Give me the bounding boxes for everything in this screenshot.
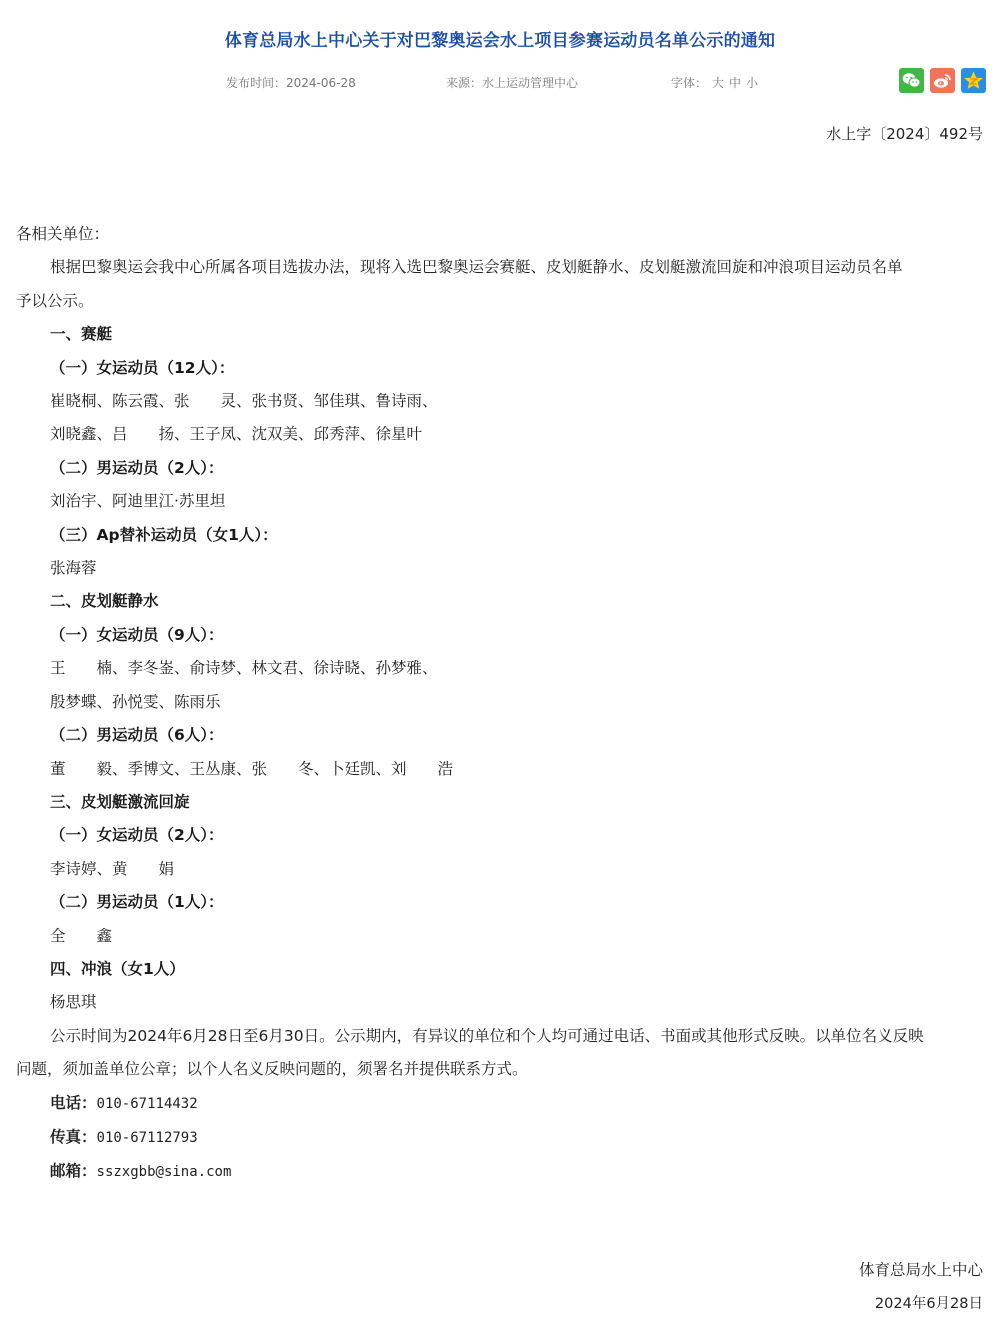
section-heading-surfing: 四、冲浪（女1人） (16, 953, 984, 986)
group-heading: （一）女运动员（12人）： (16, 352, 984, 385)
notice-paragraph: 公示时间为2024年6月28日至6月30日。公示期内，有异议的单位和个人均可通过… (16, 1020, 984, 1053)
publish-label: 发布时间： (226, 76, 286, 90)
source-label: 来源： (446, 76, 482, 90)
group-heading: （二）男运动员（1人）： (16, 886, 984, 919)
share-bar (899, 68, 986, 93)
weibo-icon[interactable] (930, 68, 955, 93)
document-number: 水上字〔2024〕492号 (826, 123, 983, 144)
source: 来源：水上运动管理中心 (446, 74, 578, 91)
contact-label: 传真： (50, 1128, 97, 1146)
font-size-label: 字体： (671, 76, 707, 90)
font-size-small[interactable]: 小 (746, 76, 758, 90)
group-heading: （二）男运动员（6人）： (16, 719, 984, 752)
intro-paragraph-cont: 予以公示。 (16, 285, 984, 318)
contact-label: 邮箱： (50, 1162, 97, 1180)
salutation: 各相关单位： (16, 218, 984, 251)
athlete-list: 刘治宇、阿迪里江·苏里坦 (16, 485, 984, 518)
source-value: 水上运动管理中心 (482, 76, 578, 90)
group-heading: （三）Ap替补运动员（女1人）： (16, 519, 984, 552)
intro-paragraph: 根据巴黎奥运会我中心所属各项目选拔办法，现将入选巴黎奥运会赛艇、皮划艇静水、皮划… (16, 251, 984, 284)
athlete-list: 刘晓鑫、吕 扬、王子凤、沈双美、邱秀萍、徐星叶 (16, 418, 984, 451)
section-heading-canoe-sprint: 二、皮划艇静水 (16, 585, 984, 618)
athlete-list: 董 毅、季博文、王丛康、张 冬、卜廷凯、刘 浩 (16, 753, 984, 786)
font-size-medium[interactable]: 中 (729, 76, 741, 90)
athlete-list: 全 鑫 (16, 920, 984, 953)
font-size-selector: 字体：大中小 (671, 74, 758, 91)
group-heading: （一）女运动员（9人）： (16, 619, 984, 652)
athlete-list: 崔晓桐、陈云霞、张 灵、张书贤、邹佳琪、鲁诗雨、 (16, 385, 984, 418)
fax-number: 010-67112793 (97, 1130, 198, 1146)
font-size-large[interactable]: 大 (712, 76, 724, 90)
contact-label: 电话： (50, 1094, 97, 1112)
contact-email: 邮箱：sszxgbb@sina.com (16, 1155, 984, 1189)
athlete-list: 王 楠、李冬崟、俞诗梦、林文君、徐诗晓、孙梦雅、 (16, 652, 984, 685)
athlete-list: 李诗婷、黄 娟 (16, 853, 984, 886)
athlete-list: 张海蓉 (16, 552, 984, 585)
section-heading-canoe-slalom: 三、皮划艇激流回旋 (16, 786, 984, 819)
publish-date-value: 2024-06-28 (286, 76, 356, 90)
wechat-icon[interactable] (899, 68, 924, 93)
section-heading-rowing: 一、赛艇 (16, 318, 984, 351)
qzone-icon[interactable] (961, 68, 986, 93)
group-heading: （一）女运动员（2人）： (16, 819, 984, 852)
contact-phone: 电话：010-67114432 (16, 1087, 984, 1121)
signature-date: 2024年6月28日 (875, 1292, 983, 1313)
group-heading: （二）男运动员（2人）： (16, 452, 984, 485)
athlete-list: 殷梦蝶、孙悦雯、陈雨乐 (16, 686, 984, 719)
signature-org: 体育总局水上中心 (859, 1258, 983, 1280)
contact-fax: 传真：010-67112793 (16, 1121, 984, 1155)
page-title: 体育总局水上中心关于对巴黎奥运会水上项目参赛运动员名单公示的通知 (0, 26, 1000, 51)
notice-paragraph-cont: 问题，须加盖单位公章；以个人名义反映问题的，须署名并提供联系方式。 (16, 1053, 984, 1086)
email-address[interactable]: sszxgbb@sina.com (97, 1164, 232, 1180)
document-body: 各相关单位： 根据巴黎奥运会我中心所属各项目选拔办法，现将入选巴黎奥运会赛艇、皮… (16, 218, 984, 1190)
athlete-list: 杨思琪 (16, 986, 984, 1019)
phone-number: 010-67114432 (97, 1096, 198, 1112)
publish-date: 发布时间：2024-06-28 (226, 74, 356, 91)
